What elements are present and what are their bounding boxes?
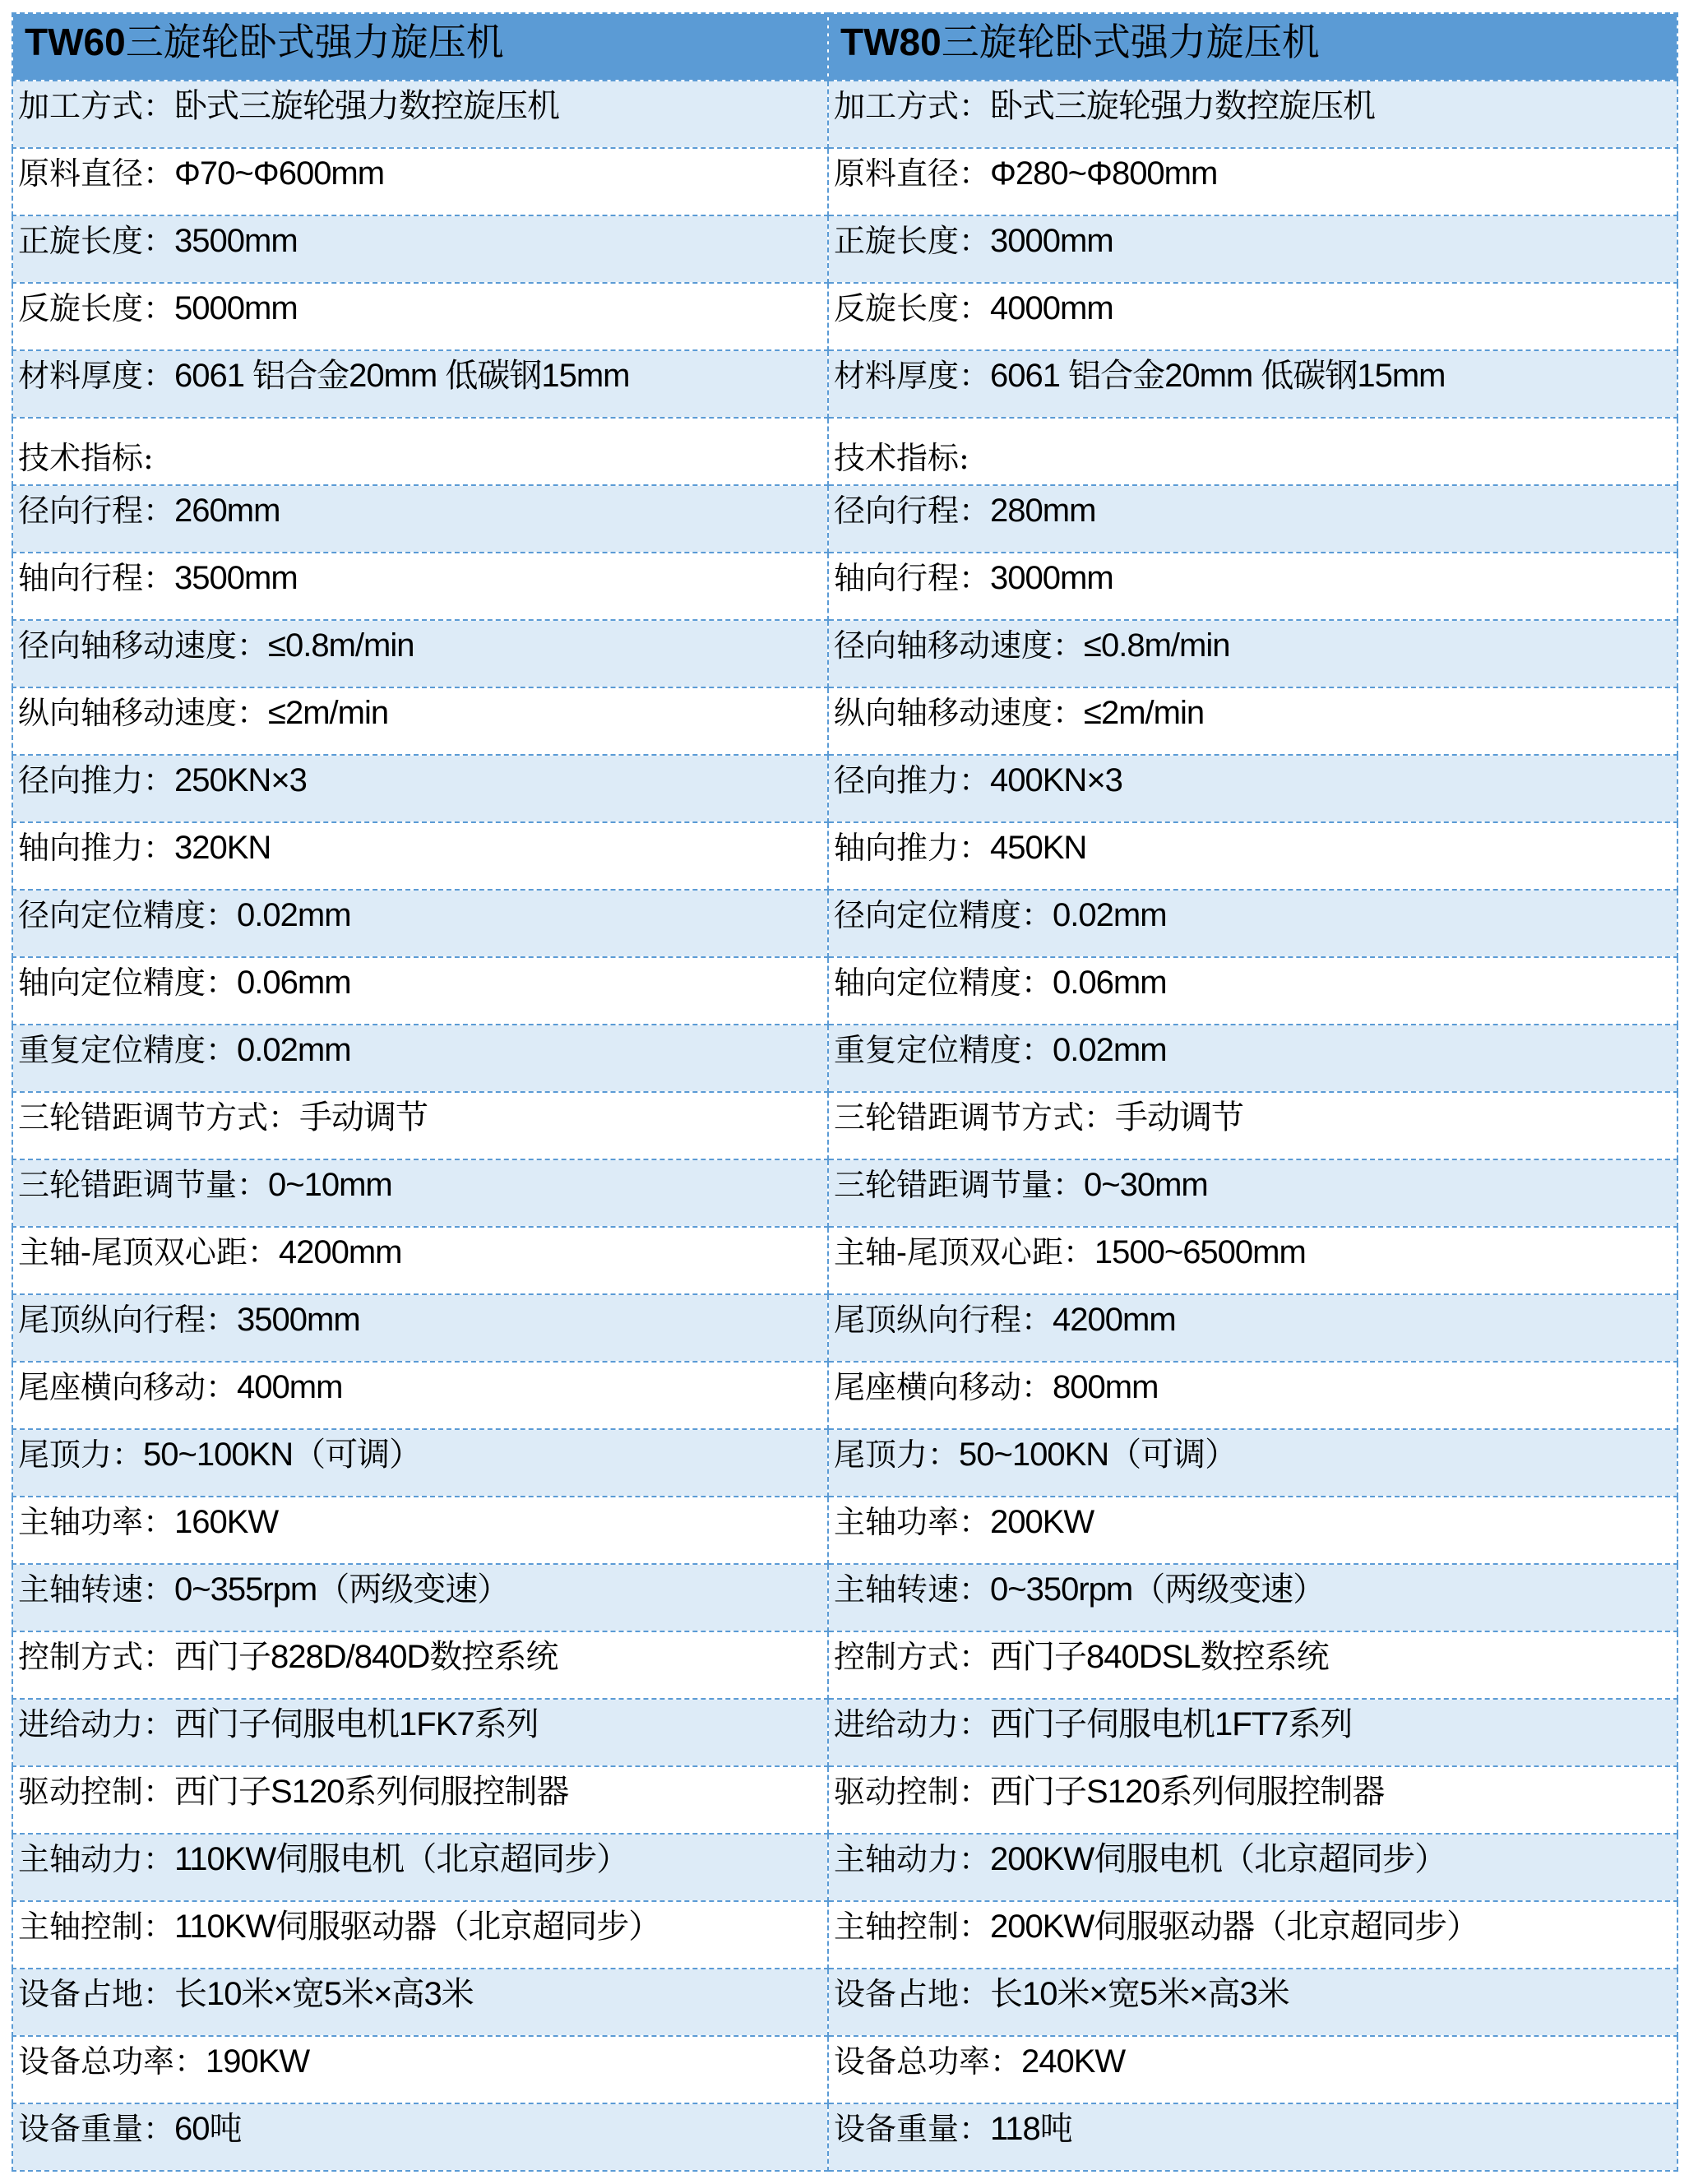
spec-label: 主轴转速： — [18, 1571, 174, 1608]
tw60-spec-cell: 轴向推力：320KN — [12, 822, 828, 890]
model-code: TW60 — [25, 21, 126, 63]
spec-label: 纵向轴移动速度： — [834, 695, 1084, 731]
header-tw60: TW60三旋轮卧式强力旋压机 — [12, 13, 828, 81]
table-row: 材料厚度：6061 铝合金20mm 低碳钢15mm材料厚度：6061 铝合金20… — [12, 350, 1677, 418]
table-row: 反旋长度：5000mm反旋长度：4000mm — [12, 283, 1677, 350]
table-row: 主轴转速：0~355rpm（两级变速）主轴转速：0~350rpm（两级变速） — [12, 1564, 1677, 1631]
spec-label: 纵向轴移动速度： — [18, 695, 268, 731]
spec-value: 3500mm — [174, 223, 298, 259]
table-row: 径向定位精度：0.02mm径向定位精度：0.02mm — [12, 890, 1677, 957]
spec-body: 加工方式：卧式三旋轮强力数控旋压机加工方式：卧式三旋轮强力数控旋压机原料直径：Φ… — [12, 81, 1677, 2171]
spec-label: 三轮错距调节方式： — [18, 1099, 299, 1136]
table-row: 驱动控制：西门子S120系列伺服控制器驱动控制：西门子S120系列伺服控制器 — [12, 1766, 1677, 1834]
tw60-spec-cell: 主轴动力：110KW伺服电机（北京超同步） — [12, 1834, 828, 1901]
spec-value: Φ70~Φ600mm — [174, 155, 384, 192]
tw80-spec-cell: 主轴动力：200KW伺服电机（北京超同步） — [828, 1834, 1677, 1901]
tw60-spec-cell: 设备重量：60吨 — [12, 2103, 828, 2171]
spec-label: 设备总功率： — [834, 2043, 1021, 2080]
spec-value: 0.02mm — [237, 1032, 351, 1068]
tw80-spec-cell: 设备总功率：240KW — [828, 2036, 1677, 2103]
tw60-spec-cell: 径向轴移动速度：≤0.8m/min — [12, 620, 828, 687]
table-row: 轴向推力：320KN轴向推力：450KN — [12, 822, 1677, 890]
table-row: 控制方式：西门子828D/840D数控系统控制方式：西门子840DSL数控系统 — [12, 1631, 1677, 1699]
table-row: 主轴控制：110KW伺服驱动器（北京超同步）主轴控制：200KW伺服驱动器（北京… — [12, 1901, 1677, 1969]
spec-value: 4200mm — [279, 1234, 402, 1270]
spec-value: 400mm — [237, 1369, 342, 1405]
spec-label: 轴向行程： — [834, 560, 990, 596]
spec-label: 反旋长度： — [834, 290, 990, 326]
table-row: 加工方式：卧式三旋轮强力数控旋压机加工方式：卧式三旋轮强力数控旋压机 — [12, 81, 1677, 148]
tw60-spec-cell: 设备总功率：190KW — [12, 2036, 828, 2103]
spec-label: 径向推力： — [834, 762, 990, 798]
tw80-spec-cell: 轴向定位精度：0.06mm — [828, 957, 1677, 1025]
tw60-spec-cell: 控制方式：西门子828D/840D数控系统 — [12, 1631, 828, 1699]
tw80-spec-cell: 三轮错距调节方式：手动调节 — [828, 1092, 1677, 1159]
spec-label: 原料直径： — [834, 155, 990, 192]
spec-value: 3500mm — [174, 560, 298, 596]
spec-label: 主轴控制： — [18, 1909, 174, 1945]
tw80-spec-cell: 设备重量：118吨 — [828, 2103, 1677, 2171]
spec-value: 4000mm — [990, 290, 1113, 326]
table-row: 原料直径：Φ70~Φ600mm原料直径：Φ280~Φ800mm — [12, 148, 1677, 215]
spec-value: 0.02mm — [237, 897, 351, 933]
tw80-spec-cell: 驱动控制：西门子S120系列伺服控制器 — [828, 1766, 1677, 1834]
tw60-spec-cell: 驱动控制：西门子S120系列伺服控制器 — [12, 1766, 828, 1834]
tw60-spec-cell: 原料直径：Φ70~Φ600mm — [12, 148, 828, 215]
spec-value: 西门子840DSL数控系统 — [990, 1639, 1329, 1675]
spec-label: 主轴-尾顶双心距： — [834, 1234, 1094, 1270]
tw60-spec-cell: 反旋长度：5000mm — [12, 283, 828, 350]
spec-label: 加工方式： — [18, 88, 174, 124]
tw80-spec-cell: 尾顶纵向行程：4200mm — [828, 1294, 1677, 1362]
spec-value: ≤0.8m/min — [268, 627, 414, 664]
spec-label: 三轮错距调节量： — [834, 1167, 1084, 1203]
spec-label: 三轮错距调节量： — [18, 1167, 268, 1203]
spec-value: 110KW伺服电机（北京超同步） — [174, 1841, 628, 1877]
tw80-spec-cell: 径向轴移动速度：≤0.8m/min — [828, 620, 1677, 687]
tw80-spec-cell: 原料直径：Φ280~Φ800mm — [828, 148, 1677, 215]
spec-label: 主轴动力： — [18, 1841, 174, 1877]
spec-label: 正旋长度： — [18, 223, 174, 259]
spec-value: 280mm — [990, 493, 1095, 529]
spec-label: 设备占地： — [834, 1976, 990, 2012]
spec-value: 卧式三旋轮强力数控旋压机 — [990, 88, 1375, 124]
tw80-spec-cell: 轴向推力：450KN — [828, 822, 1677, 890]
spec-label: 进给动力： — [834, 1706, 990, 1742]
spec-value: ≤2m/min — [268, 695, 388, 731]
spec-value: Φ280~Φ800mm — [990, 155, 1217, 192]
table-row: 径向轴移动速度：≤0.8m/min径向轴移动速度：≤0.8m/min — [12, 620, 1677, 687]
spec-value: 160KW — [174, 1504, 278, 1540]
spec-label: 重复定位精度： — [834, 1032, 1053, 1068]
table-row: 尾座横向移动：400mm尾座横向移动：800mm — [12, 1362, 1677, 1429]
spec-label: 设备总功率： — [18, 2043, 206, 2080]
spec-value: 手动调节 — [1115, 1099, 1243, 1136]
tw80-spec-cell: 重复定位精度：0.02mm — [828, 1025, 1677, 1092]
spec-value: 400KN×3 — [990, 762, 1122, 798]
spec-value: 0~10mm — [268, 1167, 392, 1203]
table-row: 重复定位精度：0.02mm重复定位精度：0.02mm — [12, 1025, 1677, 1092]
tw80-spec-cell: 主轴-尾顶双心距：1500~6500mm — [828, 1227, 1677, 1294]
table-row: 径向行程：260mm径向行程：280mm — [12, 485, 1677, 553]
tw80-spec-cell: 尾座横向移动：800mm — [828, 1362, 1677, 1429]
spec-label: 进给动力： — [18, 1706, 174, 1742]
spec-label: 控制方式： — [18, 1639, 174, 1675]
spec-value: 长10米×宽5米×高3米 — [174, 1976, 474, 2012]
tw60-spec-cell: 技术指标: — [12, 418, 828, 485]
spec-value: 西门子828D/840D数控系统 — [174, 1639, 558, 1675]
spec-label: 三轮错距调节方式： — [834, 1099, 1115, 1136]
table-row: 三轮错距调节方式：手动调节三轮错距调节方式：手动调节 — [12, 1092, 1677, 1159]
spec-label: 轴向定位精度： — [834, 965, 1053, 1001]
spec-value: ≤2m/min — [1084, 695, 1204, 731]
spec-label: 驱动控制： — [834, 1774, 990, 1810]
tw60-spec-cell: 主轴控制：110KW伺服驱动器（北京超同步） — [12, 1901, 828, 1969]
spec-label: 径向定位精度： — [834, 897, 1053, 933]
spec-label: 径向轴移动速度： — [18, 627, 268, 664]
spec-value: 长10米×宽5米×高3米 — [990, 1976, 1289, 2012]
table-row: 三轮错距调节量：0~10mm三轮错距调节量：0~30mm — [12, 1159, 1677, 1227]
spec-value: 118吨 — [990, 2111, 1072, 2147]
tw60-spec-cell: 材料厚度：6061 铝合金20mm 低碳钢15mm — [12, 350, 828, 418]
spec-value: 250KN×3 — [174, 762, 307, 798]
spec-label: 尾顶纵向行程： — [18, 1302, 237, 1338]
spec-label: 正旋长度： — [834, 223, 990, 259]
spec-label: 技术指标: — [834, 440, 969, 476]
spec-label: 尾座横向移动： — [834, 1369, 1053, 1405]
tw80-spec-cell: 技术指标: — [828, 418, 1677, 485]
tw80-spec-cell: 径向行程：280mm — [828, 485, 1677, 553]
table-row: 设备重量：60吨设备重量：118吨 — [12, 2103, 1677, 2171]
tw60-spec-cell: 尾顶纵向行程：3500mm — [12, 1294, 828, 1362]
tw60-spec-cell: 尾座横向移动：400mm — [12, 1362, 828, 1429]
spec-value: 50~100KN（可调） — [959, 1437, 1237, 1473]
table-row: 进给动力：西门子伺服电机1FK7系列进给动力：西门子伺服电机1FT7系列 — [12, 1699, 1677, 1766]
tw80-spec-cell: 主轴转速：0~350rpm（两级变速） — [828, 1564, 1677, 1631]
spec-label: 材料厚度： — [18, 358, 174, 394]
tw60-spec-cell: 轴向行程：3500mm — [12, 553, 828, 620]
spec-label: 材料厚度： — [834, 358, 990, 394]
tw80-spec-cell: 轴向行程：3000mm — [828, 553, 1677, 620]
spec-value: 西门子S120系列伺服控制器 — [990, 1774, 1384, 1810]
model-code: TW80 — [840, 21, 942, 63]
tw60-spec-cell: 设备占地：长10米×宽5米×高3米 — [12, 1969, 828, 2036]
spec-value: 200KW伺服驱动器（北京超同步） — [990, 1909, 1478, 1945]
spec-value: 240KW — [1021, 2043, 1125, 2080]
spec-value: 手动调节 — [299, 1099, 428, 1136]
tw80-spec-cell: 正旋长度：3000mm — [828, 215, 1677, 283]
spec-label: 径向轴移动速度： — [834, 627, 1084, 664]
spec-label: 主轴控制： — [834, 1909, 990, 1945]
spec-value: 3000mm — [990, 223, 1113, 259]
spec-label: 设备占地： — [18, 1976, 174, 2012]
table-row: 尾顶力：50~100KN（可调）尾顶力：50~100KN（可调） — [12, 1429, 1677, 1497]
table-row: 轴向定位精度：0.06mm轴向定位精度：0.06mm — [12, 957, 1677, 1025]
tw60-spec-cell: 径向推力：250KN×3 — [12, 755, 828, 822]
spec-label: 尾座横向移动： — [18, 1369, 237, 1405]
tw60-spec-cell: 主轴-尾顶双心距：4200mm — [12, 1227, 828, 1294]
tw80-spec-cell: 尾顶力：50~100KN（可调） — [828, 1429, 1677, 1497]
tw60-spec-cell: 主轴功率：160KW — [12, 1497, 828, 1564]
spec-comparison-table: TW60三旋轮卧式强力旋压机 TW80三旋轮卧式强力旋压机 加工方式：卧式三旋轮… — [12, 12, 1678, 2172]
model-name: 三旋轮卧式强力旋压机 — [126, 20, 504, 64]
spec-label: 径向行程： — [834, 493, 990, 529]
spec-value: 190KW — [206, 2043, 309, 2080]
spec-value: 1500~6500mm — [1094, 1234, 1306, 1270]
spec-value: 0.02mm — [1053, 897, 1167, 933]
spec-label: 轴向推力： — [18, 830, 174, 866]
spec-value: 110KW伺服驱动器（北京超同步） — [174, 1909, 660, 1945]
spec-value: 6061 铝合金20mm 低碳钢15mm — [174, 358, 629, 394]
header-tw80: TW80三旋轮卧式强力旋压机 — [828, 13, 1677, 81]
spec-label: 加工方式： — [834, 88, 990, 124]
tw80-spec-cell: 主轴控制：200KW伺服驱动器（北京超同步） — [828, 1901, 1677, 1969]
spec-value: 0.06mm — [1053, 965, 1167, 1001]
spec-label: 设备重量： — [834, 2111, 990, 2147]
tw80-spec-cell: 进给动力：西门子伺服电机1FT7系列 — [828, 1699, 1677, 1766]
table-row: 技术指标:技术指标: — [12, 418, 1677, 485]
spec-value: 0.02mm — [1053, 1032, 1167, 1068]
spec-label: 设备重量： — [18, 2111, 174, 2147]
tw60-spec-cell: 尾顶力：50~100KN（可调） — [12, 1429, 828, 1497]
spec-value: 3000mm — [990, 560, 1113, 596]
spec-value: 200KW — [990, 1504, 1094, 1540]
table-row: 设备占地：长10米×宽5米×高3米设备占地：长10米×宽5米×高3米 — [12, 1969, 1677, 2036]
spec-value: 5000mm — [174, 290, 298, 326]
tw60-spec-cell: 正旋长度：3500mm — [12, 215, 828, 283]
spec-label: 轴向行程： — [18, 560, 174, 596]
tw80-spec-cell: 纵向轴移动速度：≤2m/min — [828, 687, 1677, 755]
spec-value: 3500mm — [237, 1302, 360, 1338]
spec-value: 200KW伺服电机（北京超同步） — [990, 1841, 1446, 1877]
spec-value: 450KN — [990, 830, 1086, 866]
spec-label: 原料直径： — [18, 155, 174, 192]
spec-value: 260mm — [174, 493, 280, 529]
model-name: 三旋轮卧式强力旋压机 — [942, 20, 1320, 64]
table-row: 尾顶纵向行程：3500mm尾顶纵向行程：4200mm — [12, 1294, 1677, 1362]
table-row: 轴向行程：3500mm轴向行程：3000mm — [12, 553, 1677, 620]
spec-value: 0.06mm — [237, 965, 351, 1001]
tw80-spec-cell: 主轴功率：200KW — [828, 1497, 1677, 1564]
spec-value: 6061 铝合金20mm 低碳钢15mm — [990, 358, 1445, 394]
tw80-spec-cell: 反旋长度：4000mm — [828, 283, 1677, 350]
spec-label: 径向行程： — [18, 493, 174, 529]
spec-label: 尾顶纵向行程： — [834, 1302, 1053, 1338]
spec-value: 0~30mm — [1084, 1167, 1208, 1203]
spec-label: 反旋长度： — [18, 290, 174, 326]
spec-value: ≤0.8m/min — [1084, 627, 1229, 664]
table-row: 纵向轴移动速度：≤2m/min纵向轴移动速度：≤2m/min — [12, 687, 1677, 755]
table-row: 主轴-尾顶双心距：4200mm主轴-尾顶双心距：1500~6500mm — [12, 1227, 1677, 1294]
tw60-spec-cell: 径向定位精度：0.02mm — [12, 890, 828, 957]
spec-label: 尾顶力： — [18, 1437, 143, 1473]
spec-label: 主轴-尾顶双心距： — [18, 1234, 279, 1270]
spec-value: 50~100KN（可调） — [143, 1437, 421, 1473]
spec-label: 主轴功率： — [18, 1504, 174, 1540]
spec-value: 卧式三旋轮强力数控旋压机 — [174, 88, 559, 124]
spec-value: 西门子S120系列伺服控制器 — [174, 1774, 568, 1810]
tw60-spec-cell: 主轴转速：0~355rpm（两级变速） — [12, 1564, 828, 1631]
table-row: 主轴动力：110KW伺服电机（北京超同步）主轴动力：200KW伺服电机（北京超同… — [12, 1834, 1677, 1901]
tw80-spec-cell: 三轮错距调节量：0~30mm — [828, 1159, 1677, 1227]
tw80-spec-cell: 控制方式：西门子840DSL数控系统 — [828, 1631, 1677, 1699]
tw80-spec-cell: 材料厚度：6061 铝合金20mm 低碳钢15mm — [828, 350, 1677, 418]
spec-label: 径向推力： — [18, 762, 174, 798]
spec-label: 径向定位精度： — [18, 897, 237, 933]
spec-value: 0~350rpm（两级变速） — [990, 1571, 1325, 1608]
spec-label: 轴向定位精度： — [18, 965, 237, 1001]
spec-label: 控制方式： — [834, 1639, 990, 1675]
spec-label: 驱动控制： — [18, 1774, 174, 1810]
tw80-spec-cell: 加工方式：卧式三旋轮强力数控旋压机 — [828, 81, 1677, 148]
tw60-spec-cell: 加工方式：卧式三旋轮强力数控旋压机 — [12, 81, 828, 148]
spec-value: 320KN — [174, 830, 271, 866]
table-row: 正旋长度：3500mm正旋长度：3000mm — [12, 215, 1677, 283]
tw80-spec-cell: 径向定位精度：0.02mm — [828, 890, 1677, 957]
tw60-spec-cell: 三轮错距调节方式：手动调节 — [12, 1092, 828, 1159]
spec-value: 西门子伺服电机1FK7系列 — [174, 1706, 539, 1742]
spec-value: 0~355rpm（两级变速） — [174, 1571, 509, 1608]
spec-label: 轴向推力： — [834, 830, 990, 866]
spec-value: 60吨 — [174, 2111, 242, 2147]
spec-value: 西门子伺服电机1FT7系列 — [990, 1706, 1352, 1742]
tw60-spec-cell: 轴向定位精度：0.06mm — [12, 957, 828, 1025]
spec-label: 尾顶力： — [834, 1437, 959, 1473]
tw60-spec-cell: 重复定位精度：0.02mm — [12, 1025, 828, 1092]
spec-label: 重复定位精度： — [18, 1032, 237, 1068]
spec-value: 4200mm — [1053, 1302, 1176, 1338]
table-header-row: TW60三旋轮卧式强力旋压机 TW80三旋轮卧式强力旋压机 — [12, 13, 1677, 81]
spec-value: 800mm — [1053, 1369, 1158, 1405]
tw80-spec-cell: 径向推力：400KN×3 — [828, 755, 1677, 822]
tw60-spec-cell: 径向行程：260mm — [12, 485, 828, 553]
tw80-spec-cell: 设备占地：长10米×宽5米×高3米 — [828, 1969, 1677, 2036]
spec-label: 主轴功率： — [834, 1504, 990, 1540]
table-row: 径向推力：250KN×3径向推力：400KN×3 — [12, 755, 1677, 822]
tw60-spec-cell: 纵向轴移动速度：≤2m/min — [12, 687, 828, 755]
spec-label: 主轴转速： — [834, 1571, 990, 1608]
table-row: 主轴功率：160KW主轴功率：200KW — [12, 1497, 1677, 1564]
spec-label: 技术指标: — [18, 440, 154, 476]
tw60-spec-cell: 三轮错距调节量：0~10mm — [12, 1159, 828, 1227]
tw60-spec-cell: 进给动力：西门子伺服电机1FK7系列 — [12, 1699, 828, 1766]
table-row: 设备总功率：190KW设备总功率：240KW — [12, 2036, 1677, 2103]
spec-label: 主轴动力： — [834, 1841, 990, 1877]
